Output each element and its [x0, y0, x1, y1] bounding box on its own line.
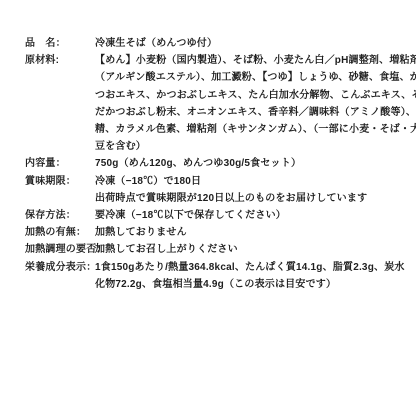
spec-label: 加熱調理の要否：	[25, 241, 95, 258]
spec-row: 賞味期限：冷凍（−18℃）で180日出荷時点で賞味期限が120日以上のものをお届…	[25, 173, 403, 207]
spec-row: 加熱の有無：加熱しておりません	[25, 224, 403, 241]
spec-row: 品 名：冷凍生そば（めんつゆ付）	[25, 35, 403, 52]
spec-row: 栄養成分表示：1食150gあたり/熱量364.8kcal、たんぱく質14.1g、…	[25, 259, 403, 293]
spec-value-line: 要冷凍（−18℃以下で保存してください）	[95, 207, 403, 224]
spec-value-line: 豆を含む）	[95, 138, 403, 155]
spec-value-line: 750g（めん120g、めんつゆ30g/5食セット）	[95, 155, 403, 172]
spec-value: 750g（めん120g、めんつゆ30g/5食セット）	[95, 155, 403, 172]
spec-value-line: 出荷時点で賞味期限が120日以上のものをお届けしています	[95, 190, 403, 207]
spec-row: 保存方法：要冷凍（−18℃以下で保存してください）	[25, 207, 403, 224]
spec-label: 賞味期限：	[25, 173, 95, 190]
spec-value: 加熱しておりません	[95, 224, 403, 241]
spec-value: 冷凍（−18℃）で180日出荷時点で賞味期限が120日以上のものをお届けしていま…	[95, 173, 403, 207]
spec-value-line: （アルギン酸エステル）、加工澱粉、【つゆ】しょうゆ、砂糖、食塩、か	[95, 69, 403, 86]
spec-value-line: 加熱してお召し上がりください	[95, 241, 403, 258]
spec-value-line: 【めん】小麦粉（国内製造）、そば粉、小麦たん白／pH調整剤、増粘剤	[95, 52, 403, 69]
spec-value: 冷凍生そば（めんつゆ付）	[95, 35, 403, 52]
spec-label: 原材料:	[25, 52, 95, 69]
spec-row: 原材料:【めん】小麦粉（国内製造）、そば粉、小麦たん白／pH調整剤、増粘剤（アル…	[25, 52, 403, 155]
spec-label: 内容量：	[25, 155, 95, 172]
spec-label: 栄養成分表示：	[25, 259, 95, 276]
spec-value: 要冷凍（−18℃以下で保存してください）	[95, 207, 403, 224]
spec-row: 内容量：750g（めん120g、めんつゆ30g/5食セット）	[25, 155, 403, 172]
spec-value: 加熱してお召し上がりください	[95, 241, 403, 258]
spec-value-line: 精、カラメル色素、増粘剤（キサンタンガム）、（一部に小麦・そば・大	[95, 121, 403, 138]
spec-value-line: つおエキス、かつおぶしエキス、たん白加水分解物、こんぶエキス、そう	[95, 87, 403, 104]
spec-label: 品 名：	[25, 35, 95, 52]
spec-value-line: 冷凍（−18℃）で180日	[95, 173, 403, 190]
spec-value: 1食150gあたり/熱量364.8kcal、たんぱく質14.1g、脂質2.3g、…	[95, 259, 403, 293]
spec-value-line: だかつおぶし粉末、オニオンエキス、香辛料／調味料（アミノ酸等）、酒	[95, 104, 403, 121]
spec-value-line: 1食150gあたり/熱量364.8kcal、たんぱく質14.1g、脂質2.3g、…	[95, 259, 403, 276]
spec-value: 【めん】小麦粉（国内製造）、そば粉、小麦たん白／pH調整剤、増粘剤（アルギン酸エ…	[95, 52, 403, 155]
product-spec-table: 品 名：冷凍生そば（めんつゆ付）原材料:【めん】小麦粉（国内製造）、そば粉、小麦…	[25, 35, 403, 293]
spec-row: 加熱調理の要否：加熱してお召し上がりください	[25, 241, 403, 258]
spec-value-line: 冷凍生そば（めんつゆ付）	[95, 35, 403, 52]
spec-value-line: 加熱しておりません	[95, 224, 403, 241]
spec-label: 保存方法：	[25, 207, 95, 224]
spec-label: 加熱の有無：	[25, 224, 95, 241]
spec-value-line: 化物72.2g、食塩相当量4.9g（この表示は目安です）	[95, 276, 403, 293]
